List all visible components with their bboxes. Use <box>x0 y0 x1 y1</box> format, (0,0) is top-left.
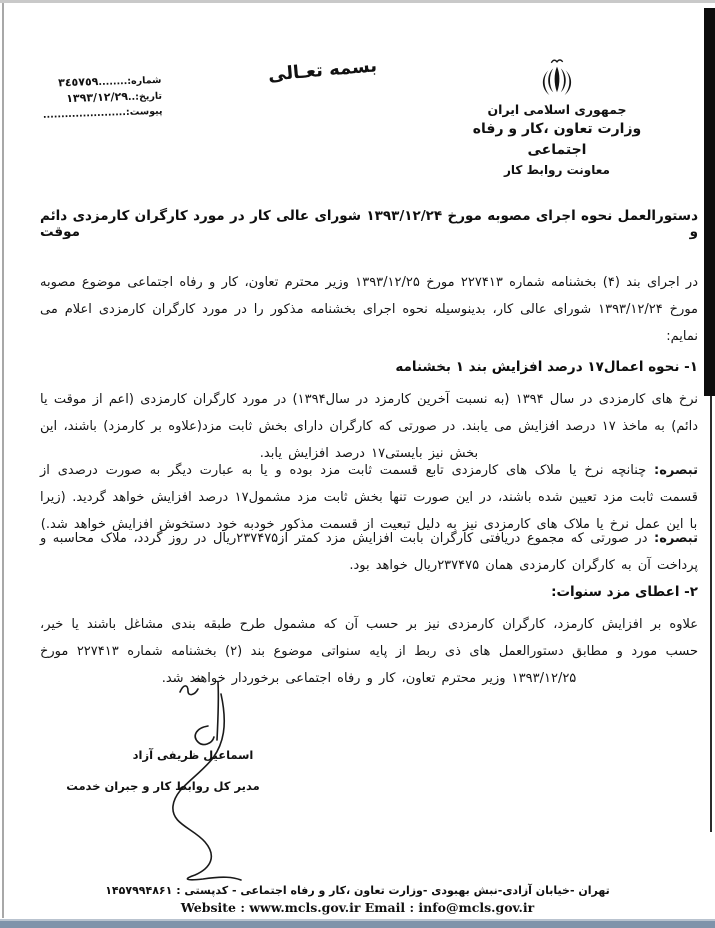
letter-attachment-row: پیوست:....................... <box>34 104 162 123</box>
letterhead-ministry: وزارت تعاون ،کار و رفاه اجتماعی <box>442 119 672 161</box>
letterhead-department: معاونت روابط کار <box>442 161 672 180</box>
letter-meta-stamp: شماره:........٣٤٥٧٥٩ تاریخ:..۱۳۹۳/۱۲/۲۹ … <box>33 72 163 123</box>
document-title: دستورالعمل نحوه اجرای مصوبه مورخ ۱۳۹۳/۱۲… <box>40 208 698 240</box>
note-2-text: در صورتی که مجموع دریافتی کارگران بابت ا… <box>40 531 698 573</box>
intro-paragraph: در اجرای بند (۴) بخشنامه شماره ۲۲۷۴۱۳ مو… <box>40 269 698 350</box>
section-1-note-2: تبصره: در صورتی که مجموع دریافتی کارگران… <box>40 525 698 579</box>
letter-attachment-dots: ....................... <box>43 107 126 121</box>
letter-number-value: ٣٤٥٧٥٩ <box>58 75 99 89</box>
note-1-label: تبصره: <box>654 463 698 478</box>
footer-contact: Website : www.mcls.gov.ir Email : info@m… <box>0 900 715 915</box>
letterhead-country: جمهوری اسلامی ایران <box>442 101 672 119</box>
note-1-text: چنانچه نرخ یا ملاک های کارمزدی تابع قسمت… <box>40 463 698 532</box>
footer-address: تهران -خیابان آزادی-نبش بهبودی -وزارت تع… <box>0 884 715 897</box>
signature-scrawl <box>135 668 265 883</box>
iran-emblem-icon <box>538 56 576 100</box>
section-2-heading: ۲- اعطای مزد سنوات: <box>40 584 698 600</box>
letter-number-label: شماره: <box>127 75 162 87</box>
section-1-body: نرخ های کارمزدی در سال ۱۳۹۴ (به نسبت آخر… <box>40 386 698 467</box>
note-2-label: تبصره: <box>654 531 698 546</box>
letter-date-value: ۱۳۹۳/۱۲/۲۹ <box>66 90 128 105</box>
scan-edge-right-thin <box>710 396 712 832</box>
scanned-letter-page: شماره:........٣٤٥٧٥٩ تاریخ:..۱۳۹۳/۱۲/۲۹ … <box>0 0 715 928</box>
scan-edge-bottom-band <box>0 919 715 928</box>
signatory-name: اسماعیل ظریفی آزاد <box>118 748 268 762</box>
section-1-heading: ۱- نحوه اعمال۱۷ درصد افزایش بند ۱ بخشنام… <box>40 359 698 375</box>
scan-edge-left <box>2 3 4 918</box>
letter-number-dots: ........ <box>98 76 127 88</box>
letter-date-label: تاریخ: <box>135 91 162 103</box>
scan-edge-top <box>0 0 715 3</box>
signatory-title: مدیر کل روابط کار و جبران خدمت <box>58 779 268 793</box>
besmele-calligraphy: بسمه تعـالی <box>267 55 378 85</box>
letter-attachment-label: پیوست: <box>126 106 163 118</box>
scan-edge-right <box>704 8 715 396</box>
letterhead: جمهوری اسلامی ایران وزارت تعاون ،کار و ر… <box>442 56 672 180</box>
